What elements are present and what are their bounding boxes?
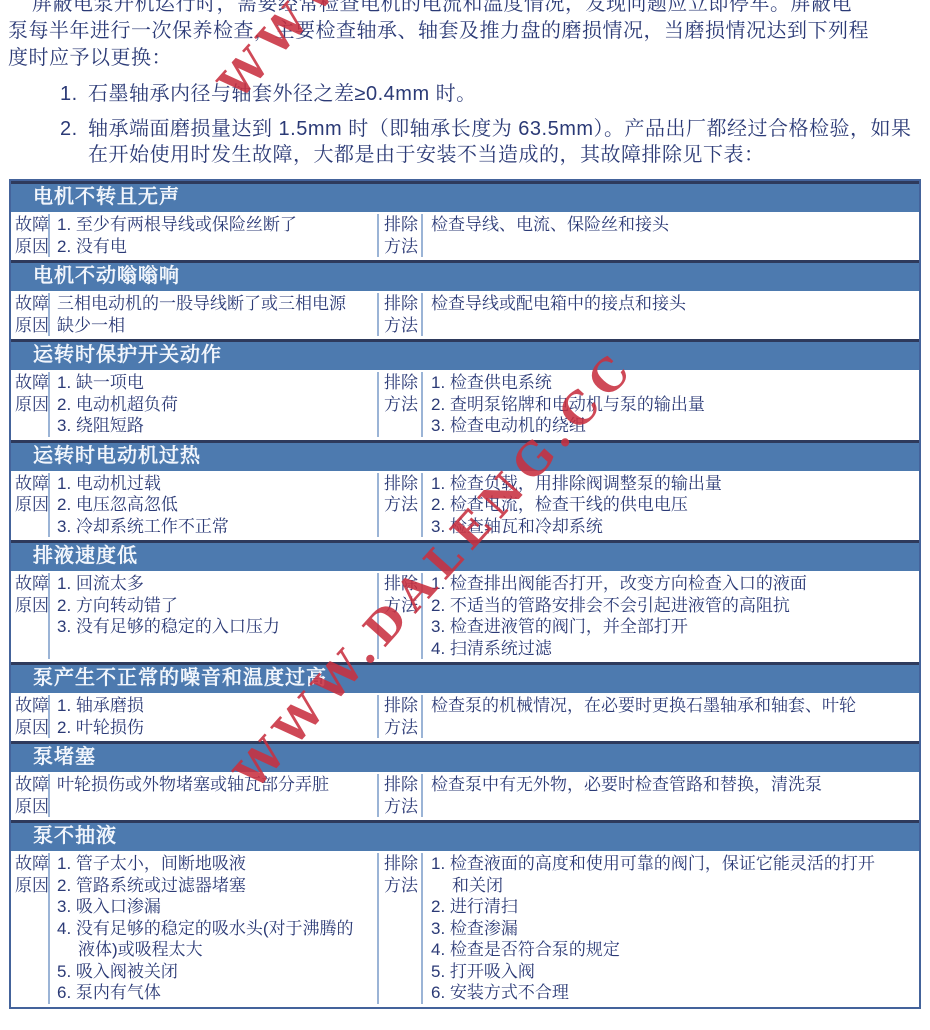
cause-list: 1. 轴承磨损2. 叶轮损伤 <box>50 695 379 738</box>
method-list: 1. 检查供电系统2. 查明泵铭牌和电动机与泵的输出量3. 检查电动机的绕组 <box>423 372 919 437</box>
cause-label-line: 原因 <box>15 315 48 337</box>
cause-label-line: 故障 <box>15 695 48 717</box>
method-line: 4. 扫清系统过滤 <box>431 638 911 660</box>
fault-section-title: 运转时保护开关动作 <box>11 339 919 370</box>
fault-section-body: 故障原因1. 至少有两根导线或保险丝断了2. 没有电排除方法检查导线、电流、保险… <box>11 212 919 260</box>
method-label-line: 排除 <box>384 293 421 315</box>
fault-section: 运转时电动机过热故障原因1. 电动机过载2. 电压忽高忽低3. 冷却系统工作不正… <box>11 440 919 541</box>
list-item-number: 1. <box>60 81 88 107</box>
list-item: 2. 轴承端面磨损量达到 1.5mm 时（即轴承长度为 63.5mm）。产品出厂… <box>8 116 922 168</box>
method-line: 和关闭 <box>431 875 911 897</box>
fault-section-body: 故障原因三相电动机的一股导线断了或三相电源缺少一相排除方法检查导线或配电箱中的接… <box>11 291 919 339</box>
fault-section: 电机不动嗡嗡响故障原因三相电动机的一股导线断了或三相电源缺少一相排除方法检查导线… <box>11 260 919 339</box>
cause-label-line: 故障 <box>15 293 48 315</box>
method-label: 排除方法 <box>379 473 423 538</box>
method-line: 3. 检查渗漏 <box>431 918 911 940</box>
method-line: 3. 检查电动机的绕组 <box>431 415 911 437</box>
method-line: 检查泵中有无外物，必要时检查管路和替换，清洗泵 <box>431 774 911 796</box>
method-line: 4. 检查是否符合泵的规定 <box>431 939 911 961</box>
method-label: 排除方法 <box>379 214 423 257</box>
list-item-number: 2. <box>60 116 88 168</box>
fault-troubleshooting-table: 电机不转且无声故障原因1. 至少有两根导线或保险丝断了2. 没有电排除方法检查导… <box>9 179 921 1009</box>
method-label-line: 方法 <box>384 796 421 818</box>
cause-label-line: 原因 <box>15 394 48 416</box>
list-item: 1. 石墨轴承内径与轴套外径之差≥0.4mm 时。 <box>8 81 922 107</box>
method-label-line: 方法 <box>384 394 421 416</box>
cause-label-line: 故障 <box>15 573 48 595</box>
intro-line: 屏蔽电泵开机运行时，需要经常检查电机的电流和温度情况，发现问题应立即停车。屏蔽电 <box>8 0 922 18</box>
method-label-line: 排除 <box>384 573 421 595</box>
cause-label-line: 原因 <box>15 717 48 739</box>
cause-list: 1. 电动机过载2. 电压忽高忽低3. 冷却系统工作不正常 <box>50 473 379 538</box>
cause-label: 故障原因 <box>11 853 50 1004</box>
method-label: 排除方法 <box>379 853 423 1004</box>
cause-line: 6. 泵内有气体 <box>57 982 369 1004</box>
cause-label-line: 故障 <box>15 473 48 495</box>
cause-list: 1. 管子太小，间断地吸液2. 管路系统或过滤器堵塞3. 吸入口渗漏4. 没有足… <box>50 853 379 1004</box>
cause-line: 1. 管子太小，间断地吸液 <box>57 853 369 875</box>
method-label: 排除方法 <box>379 774 423 817</box>
method-line: 2. 查明泵铭牌和电动机与泵的输出量 <box>431 394 911 416</box>
method-line: 1. 检查供电系统 <box>431 372 911 394</box>
method-list: 1. 检查负载，用排除阀调整泵的输出量2. 检查电流，检查干线的供电电压3. 检… <box>423 473 919 538</box>
method-label-line: 方法 <box>384 236 421 258</box>
cause-line: 3. 没有足够的稳定的入口压力 <box>57 616 369 638</box>
cause-label-line: 原因 <box>15 875 48 897</box>
method-label-line: 排除 <box>384 473 421 495</box>
fault-section-title: 泵堵塞 <box>11 741 919 772</box>
fault-section: 运转时保护开关动作故障原因1. 缺一项电2. 电动机超负荷3. 绕阻短路排除方法… <box>11 339 919 440</box>
method-list: 1. 检查排出阀能否打开，改变方向检查入口的液面2. 不适当的管路安排会不会引起… <box>423 573 919 659</box>
method-label-line: 排除 <box>384 853 421 875</box>
cause-label-line: 故障 <box>15 372 48 394</box>
method-label: 排除方法 <box>379 372 423 437</box>
method-line: 6. 安装方式不合理 <box>431 982 911 1004</box>
method-line: 检查导线、电流、保险丝和接头 <box>431 214 911 236</box>
cause-label-line: 原因 <box>15 494 48 516</box>
method-list: 检查导线或配电箱中的接点和接头 <box>423 293 919 336</box>
method-list: 检查导线、电流、保险丝和接头 <box>423 214 919 257</box>
fault-section-body: 故障原因1. 电动机过载2. 电压忽高忽低3. 冷却系统工作不正常排除方法1. … <box>11 471 919 541</box>
method-line: 2. 检查电流，检查干线的供电电压 <box>431 494 911 516</box>
list-item-text: 石墨轴承内径与轴套外径之差≥0.4mm 时。 <box>88 81 922 107</box>
cause-line: 4. 没有足够的稳定的吸水头(对于沸腾的 <box>57 918 369 940</box>
method-line: 1. 检查负载，用排除阀调整泵的输出量 <box>431 473 911 495</box>
method-label-line: 排除 <box>384 774 421 796</box>
method-label-line: 方法 <box>384 595 421 617</box>
method-label-line: 方法 <box>384 494 421 516</box>
method-label-line: 方法 <box>384 875 421 897</box>
fault-section: 泵产生不正常的噪音和温度过高故障原因1. 轴承磨损2. 叶轮损伤排除方法检查泵的… <box>11 662 919 741</box>
wear-criteria-list: 1. 石墨轴承内径与轴套外径之差≥0.4mm 时。 2. 轴承端面磨损量达到 1… <box>8 81 922 168</box>
fault-section: 排液速度低故障原因1. 回流太多2. 方向转动错了3. 没有足够的稳定的入口压力… <box>11 540 919 662</box>
cause-label: 故障原因 <box>11 293 50 336</box>
cause-label: 故障原因 <box>11 473 50 538</box>
intro-line: 泵每半年进行一次保养检查，主要检查轴承、轴套及推力盘的磨损情况，当磨损情况达到下… <box>8 18 922 45</box>
fault-section-title: 排液速度低 <box>11 540 919 571</box>
intro-line: 度时应予以更换： <box>8 45 922 72</box>
method-line: 检查泵的机械情况，在必要时更换石墨轴承和轴套、叶轮 <box>431 695 911 717</box>
cause-label-line: 故障 <box>15 774 48 796</box>
method-label-line: 排除 <box>384 214 421 236</box>
cause-line: 3. 吸入口渗漏 <box>57 896 369 918</box>
list-item-text: 轴承端面磨损量达到 1.5mm 时（即轴承长度为 63.5mm）。产品出厂都经过… <box>88 116 922 168</box>
method-line: 2. 不适当的管路安排会不会引起进液管的高阻抗 <box>431 595 911 617</box>
fault-section-title: 运转时电动机过热 <box>11 440 919 471</box>
method-line: 2. 进行清扫 <box>431 896 911 918</box>
cause-line: 1. 缺一项电 <box>57 372 369 394</box>
cause-label: 故障原因 <box>11 695 50 738</box>
cause-line: 1. 轴承磨损 <box>57 695 369 717</box>
cause-label: 故障原因 <box>11 372 50 437</box>
fault-section-body: 故障原因1. 轴承磨损2. 叶轮损伤排除方法检查泵的机械情况，在必要时更换石墨轴… <box>11 693 919 741</box>
method-label-line: 方法 <box>384 315 421 337</box>
cause-line: 5. 吸入阀被关闭 <box>57 961 369 983</box>
method-line: 1. 检查液面的高度和使用可靠的阀门，保证它能灵活的打开 <box>431 853 911 875</box>
method-line: 3. 检查进液管的阀门，并全部打开 <box>431 616 911 638</box>
cause-line: 液体)或吸程太大 <box>57 939 369 961</box>
fault-section-title: 电机不动嗡嗡响 <box>11 260 919 291</box>
cause-line: 三相电动机的一股导线断了或三相电源 <box>57 293 369 315</box>
cause-line: 3. 绕阻短路 <box>57 415 369 437</box>
cause-label-line: 故障 <box>15 214 48 236</box>
method-line: 检查导线或配电箱中的接点和接头 <box>431 293 911 315</box>
cause-line: 1. 回流太多 <box>57 573 369 595</box>
cause-label: 故障原因 <box>11 774 50 817</box>
method-line: 3. 检查轴瓦和冷却系统 <box>431 516 911 538</box>
fault-section: 泵不抽液故障原因1. 管子太小，间断地吸液2. 管路系统或过滤器堵塞3. 吸入口… <box>11 820 919 1007</box>
cause-label-line: 故障 <box>15 853 48 875</box>
method-label: 排除方法 <box>379 573 423 659</box>
intro-paragraph: 屏蔽电泵开机运行时，需要经常检查电机的电流和温度情况，发现问题应立即停车。屏蔽电… <box>8 0 922 72</box>
cause-line: 1. 电动机过载 <box>57 473 369 495</box>
method-label-line: 方法 <box>384 717 421 739</box>
cause-line: 2. 电动机超负荷 <box>57 394 369 416</box>
fault-section-title: 泵产生不正常的噪音和温度过高 <box>11 662 919 693</box>
cause-line: 1. 至少有两根导线或保险丝断了 <box>57 214 369 236</box>
cause-list: 1. 回流太多2. 方向转动错了3. 没有足够的稳定的入口压力 <box>50 573 379 659</box>
cause-line: 2. 叶轮损伤 <box>57 717 369 739</box>
method-list: 检查泵的机械情况，在必要时更换石墨轴承和轴套、叶轮 <box>423 695 919 738</box>
cause-list: 叶轮损伤或外物堵塞或轴瓦部分弄脏 <box>50 774 379 817</box>
fault-section: 泵堵塞故障原因叶轮损伤或外物堵塞或轴瓦部分弄脏排除方法检查泵中有无外物，必要时检… <box>11 741 919 820</box>
cause-line: 3. 冷却系统工作不正常 <box>57 516 369 538</box>
cause-label-line: 原因 <box>15 796 48 818</box>
cause-line: 2. 方向转动错了 <box>57 595 369 617</box>
cause-label-line: 原因 <box>15 236 48 258</box>
fault-section-body: 故障原因1. 缺一项电2. 电动机超负荷3. 绕阻短路排除方法1. 检查供电系统… <box>11 370 919 440</box>
cause-line: 2. 管路系统或过滤器堵塞 <box>57 875 369 897</box>
fault-section-body: 故障原因1. 管子太小，间断地吸液2. 管路系统或过滤器堵塞3. 吸入口渗漏4.… <box>11 851 919 1007</box>
method-line: 5. 打开吸入阀 <box>431 961 911 983</box>
cause-list: 1. 至少有两根导线或保险丝断了2. 没有电 <box>50 214 379 257</box>
method-list: 1. 检查液面的高度和使用可靠的阀门，保证它能灵活的打开和关闭2. 进行清扫3.… <box>423 853 919 1004</box>
cause-line: 2. 没有电 <box>57 236 369 258</box>
cause-list: 1. 缺一项电2. 电动机超负荷3. 绕阻短路 <box>50 372 379 437</box>
fault-section-body: 故障原因叶轮损伤或外物堵塞或轴瓦部分弄脏排除方法检查泵中有无外物，必要时检查管路… <box>11 772 919 820</box>
cause-list: 三相电动机的一股导线断了或三相电源缺少一相 <box>50 293 379 336</box>
fault-section: 电机不转且无声故障原因1. 至少有两根导线或保险丝断了2. 没有电排除方法检查导… <box>11 181 919 260</box>
fault-section-title: 泵不抽液 <box>11 820 919 851</box>
method-list: 检查泵中有无外物，必要时检查管路和替换，清洗泵 <box>423 774 919 817</box>
cause-line: 叶轮损伤或外物堵塞或轴瓦部分弄脏 <box>57 774 369 796</box>
cause-label: 故障原因 <box>11 573 50 659</box>
method-label: 排除方法 <box>379 293 423 336</box>
cause-line: 缺少一相 <box>57 315 369 337</box>
method-label-line: 排除 <box>384 372 421 394</box>
cause-label: 故障原因 <box>11 214 50 257</box>
method-label: 排除方法 <box>379 695 423 738</box>
method-line: 1. 检查排出阀能否打开，改变方向检查入口的液面 <box>431 573 911 595</box>
cause-label-line: 原因 <box>15 595 48 617</box>
fault-section-body: 故障原因1. 回流太多2. 方向转动错了3. 没有足够的稳定的入口压力排除方法1… <box>11 571 919 662</box>
method-label-line: 排除 <box>384 695 421 717</box>
document-page: 屏蔽电泵开机运行时，需要经常检查电机的电流和温度情况，发现问题应立即停车。屏蔽电… <box>0 0 930 1030</box>
cause-line: 2. 电压忽高忽低 <box>57 494 369 516</box>
fault-section-title: 电机不转且无声 <box>11 181 919 212</box>
